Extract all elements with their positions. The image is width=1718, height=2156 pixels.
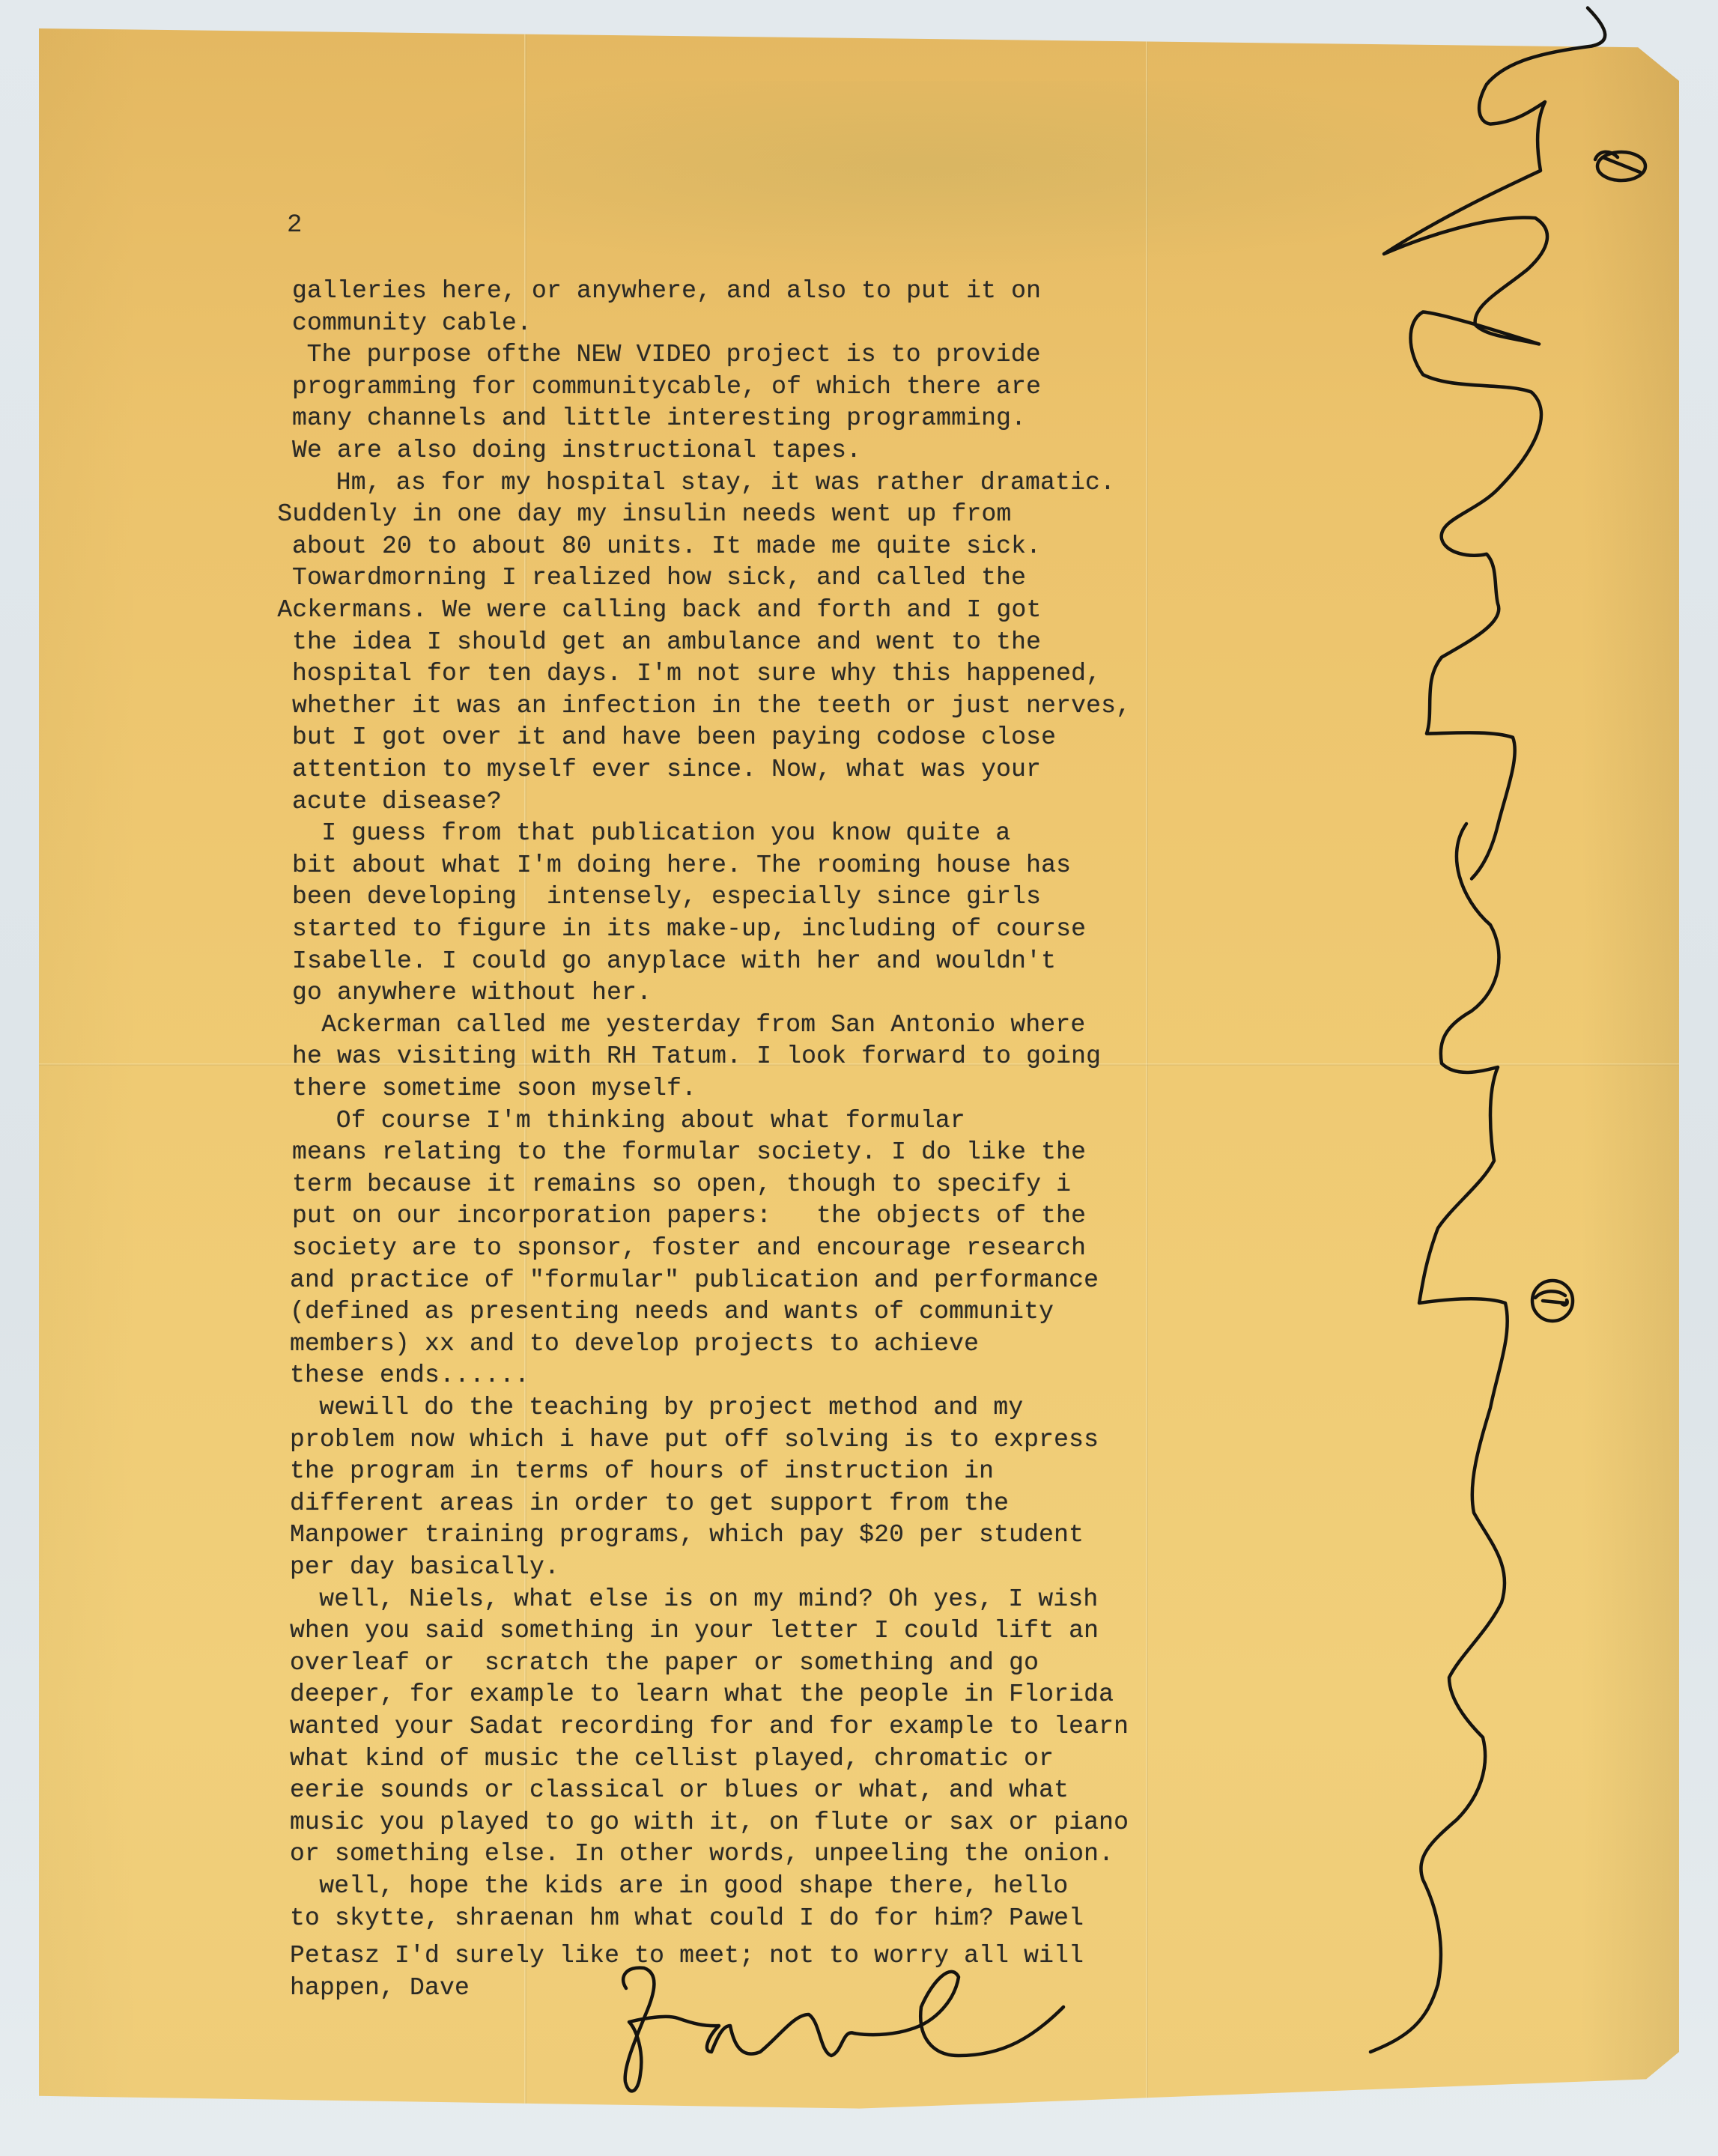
typed-line: wewill do the teaching by project method… xyxy=(319,1392,1023,1424)
typed-line: I guess from that publication you know q… xyxy=(321,818,1010,849)
typed-line: Suddenly in one day my insulin needs wen… xyxy=(277,499,1011,530)
typed-line: members) xx and to develop projects to a… xyxy=(290,1328,979,1360)
typed-line: Towardmorning I realized how sick, and c… xyxy=(292,562,1026,594)
typed-line: The purpose ofthe NEW VIDEO project is t… xyxy=(307,339,1041,371)
typed-line: community cable. xyxy=(292,308,532,339)
typed-line: been developing intensely, especially si… xyxy=(292,881,1041,913)
typed-line: means relating to the formular society. … xyxy=(292,1137,1086,1168)
typed-line: about 20 to about 80 units. It made me q… xyxy=(292,531,1041,562)
typed-line: attention to myself ever since. Now, wha… xyxy=(292,754,1041,786)
typed-line: We are also doing instructional tapes. xyxy=(292,435,861,467)
typed-line: problem now which i have put off solving… xyxy=(290,1424,1099,1456)
typed-line: music you played to go with it, on flute… xyxy=(290,1807,1129,1838)
typed-line: different areas in order to get support … xyxy=(290,1488,1009,1519)
typed-line: Manpower training programs, which pay $2… xyxy=(290,1519,1084,1551)
typed-line: there sometime soon myself. xyxy=(292,1073,696,1105)
typed-line: well, Niels, what else is on my mind? Oh… xyxy=(319,1584,1098,1615)
typed-line: bit about what I'm doing here. The roomi… xyxy=(292,850,1071,881)
typed-line: per day basically. xyxy=(290,1552,559,1583)
typed-line: Hm, as for my hospital stay, it was rath… xyxy=(336,467,1115,499)
typed-line: programming for communitycable, of which… xyxy=(292,371,1041,403)
typed-line: he was visiting with RH Tatum. I look fo… xyxy=(292,1041,1101,1072)
typed-line: wanted your Sadat recording for and for … xyxy=(290,1711,1129,1743)
typed-line: galleries here, or anywhere, and also to… xyxy=(292,276,1041,307)
typed-line: acute disease? xyxy=(292,786,502,818)
typed-line: (defined as presenting needs and wants o… xyxy=(290,1296,1054,1328)
typed-line: eerie sounds or classical or blues or wh… xyxy=(290,1775,1069,1806)
typed-line: the idea I should get an ambulance and w… xyxy=(292,627,1041,658)
typed-line: many channels and little interesting pro… xyxy=(292,403,1026,434)
typed-line: or something else. In other words, unpee… xyxy=(290,1838,1114,1870)
letter-body: galleries here, or anywhere, and also to… xyxy=(0,0,1718,2156)
typed-line: the program in terms of hours of instruc… xyxy=(290,1456,994,1487)
typed-line: when you said something in your letter I… xyxy=(290,1615,1099,1647)
typed-line: Ackermans. We were calling back and fort… xyxy=(277,595,1041,626)
typed-line: term because it remains so open, though … xyxy=(292,1169,1071,1200)
typed-line: happen, Dave xyxy=(290,1973,470,2004)
typed-line: started to figure in its make-up, includ… xyxy=(292,914,1086,945)
typed-line: but I got over it and have been paying c… xyxy=(292,722,1056,753)
typed-line: go anywhere without her. xyxy=(292,977,652,1009)
typed-line: deeper, for example to learn what the pe… xyxy=(290,1679,1114,1710)
typed-line: Petasz I'd surely like to meet; not to w… xyxy=(290,1940,1084,1972)
typed-line: what kind of music the cellist played, c… xyxy=(290,1743,1054,1775)
typed-line: these ends...... xyxy=(290,1360,529,1391)
typed-line: hospital for ten days. I'm not sure why … xyxy=(292,658,1101,690)
typed-line: and practice of "formular" publication a… xyxy=(290,1265,1099,1296)
typed-line: society are to sponsor, foster and encou… xyxy=(292,1233,1086,1264)
typed-line: Of course I'm thinking about what formul… xyxy=(336,1105,965,1137)
typed-line: Ackerman called me yesterday from San An… xyxy=(321,1009,1085,1041)
typed-line: to skytte, shraenan hm what could I do f… xyxy=(290,1903,1084,1934)
typed-line: well, hope the kids are in good shape th… xyxy=(319,1871,1068,1902)
typed-line: put on our incorporation papers: the obj… xyxy=(292,1200,1086,1232)
typed-line: Isabelle. I could go anyplace with her a… xyxy=(292,946,1056,977)
typed-line: whether it was an infection in the teeth… xyxy=(292,690,1131,722)
typed-line: overleaf or scratch the paper or somethi… xyxy=(290,1648,1039,1679)
